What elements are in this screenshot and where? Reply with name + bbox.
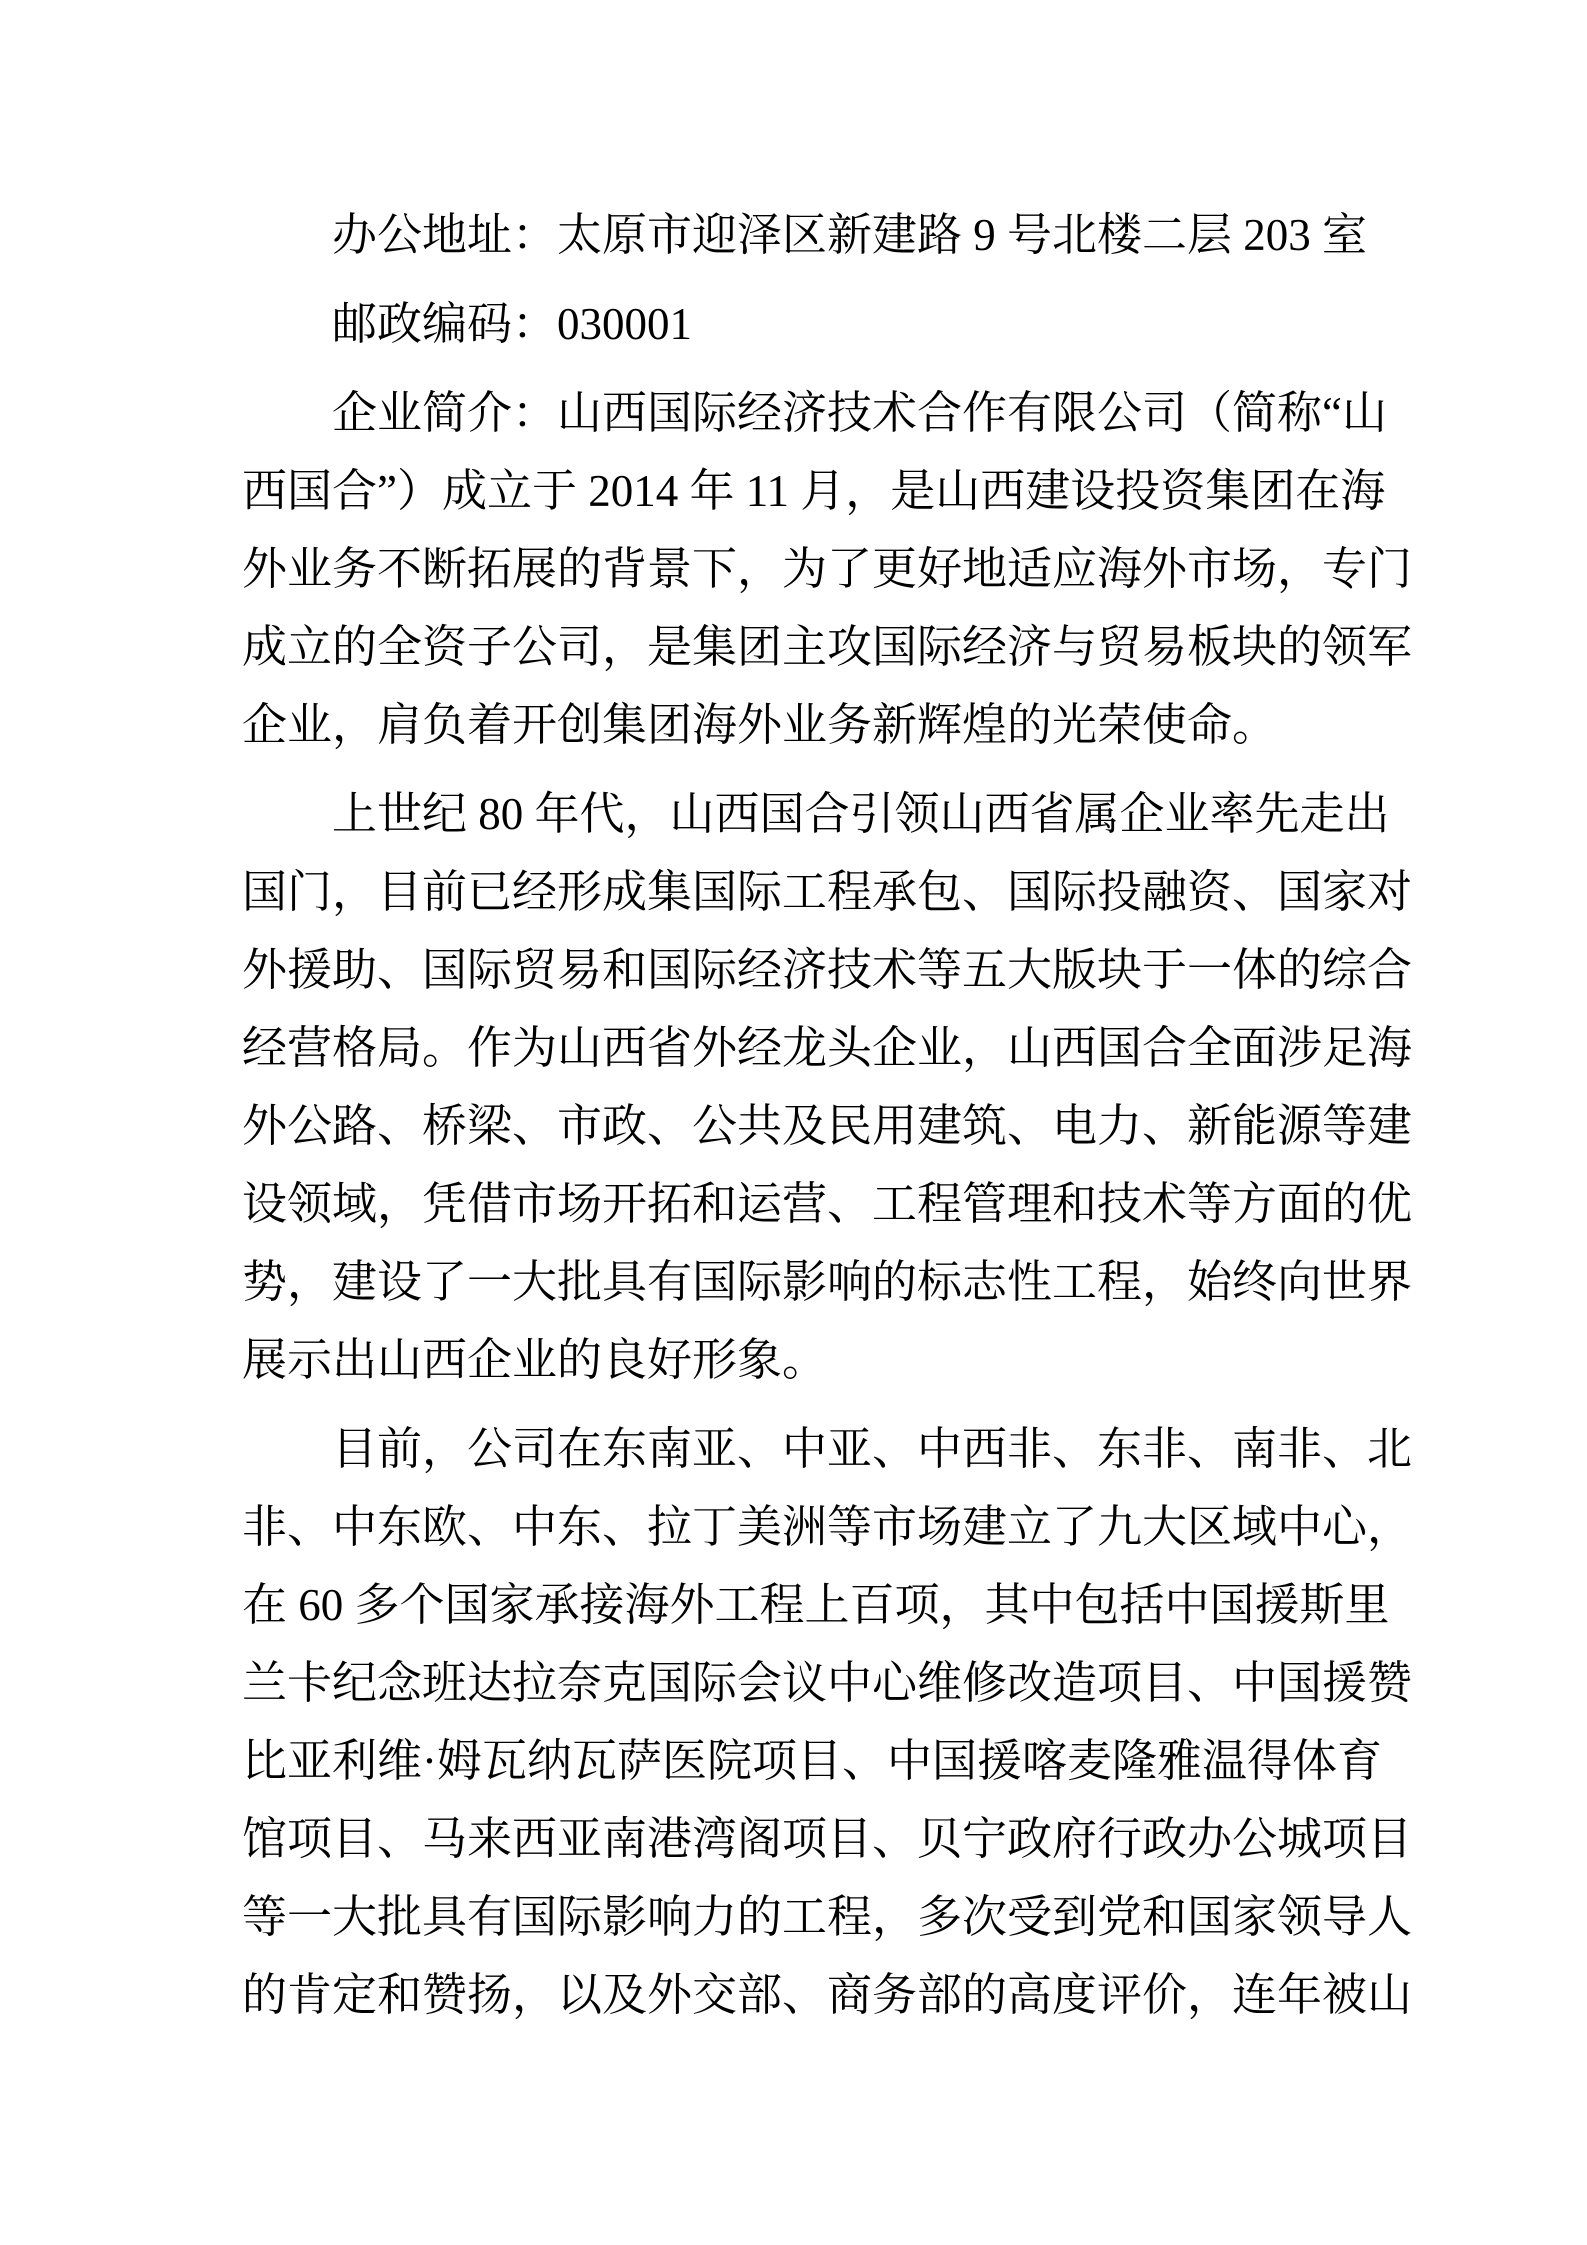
text-line: 比亚利维·姆瓦纳瓦萨医院项目、中国援喀麦隆雅温得体育 xyxy=(242,1722,1350,1800)
paragraph-history: 上世纪 80 年代，山西国合引领山西省属企业率先走出国门，目前已经形成集国际工程… xyxy=(242,775,1350,1399)
text-line: 经营格局。作为山西省外经龙头企业，山西国合全面涉足海 xyxy=(242,1009,1350,1087)
text-line: 外援助、国际贸易和国际经济技术等五大版块于一体的综合 xyxy=(242,931,1350,1009)
text-line: 企业，肩负着开创集团海外业务新辉煌的光荣使命。 xyxy=(242,686,1350,764)
text-line: 在 60 多个国家承接海外工程上百项，其中包括中国援斯里 xyxy=(242,1566,1350,1644)
text-line: 目前，公司在东南亚、中亚、中西非、东非、南非、北 xyxy=(242,1410,1350,1488)
text-line: 西国合”）成立于 2014 年 11 月，是山西建设投资集团在海 xyxy=(242,452,1350,530)
text-line: 外公路、桥梁、市政、公共及民用建筑、电力、新能源等建 xyxy=(242,1087,1350,1165)
text-line: 外业务不断拓展的背景下，为了更好地适应海外市场，专门 xyxy=(242,530,1350,608)
text-line: 国门，目前已经形成集国际工程承包、国际投融资、国家对 xyxy=(242,853,1350,931)
text-line: 兰卡纪念班达拉奈克国际会议中心维修改造项目、中国援赞 xyxy=(242,1644,1350,1722)
text-line: 馆项目、马来西亚南港湾阁项目、贝宁政府行政办公城项目 xyxy=(242,1800,1350,1878)
text-line: 企业简介：山西国际经济技术合作有限公司（简称“山 xyxy=(242,374,1350,452)
document-page: 办公地址：太原市迎泽区新建路 9 号北楼二层 203 室邮政编码：030001企… xyxy=(0,0,1587,2245)
paragraph-office-address: 办公地址：太原市迎泽区新建路 9 号北楼二层 203 室 xyxy=(242,196,1350,274)
text-line: 成立的全资子公司，是集团主攻国际经济与贸易板块的领军 xyxy=(242,608,1350,686)
paragraph-company-profile: 企业简介：山西国际经济技术合作有限公司（简称“山西国合”）成立于 2014 年 … xyxy=(242,374,1350,764)
text-line: 邮政编码：030001 xyxy=(242,285,1350,363)
text-line: 的肯定和赞扬，以及外交部、商务部的高度评价，连年被山 xyxy=(242,1956,1350,2034)
paragraph-postal-code: 邮政编码：030001 xyxy=(242,285,1350,363)
text-line: 展示出山西企业的良好形象。 xyxy=(242,1321,1350,1399)
paragraph-current-markets: 目前，公司在东南亚、中亚、中西非、东非、南非、北非、中东欧、中东、拉丁美洲等市场… xyxy=(242,1410,1350,2034)
text-line: 设领域，凭借市场开拓和运营、工程管理和技术等方面的优 xyxy=(242,1165,1350,1243)
text-line: 等一大批具有国际影响力的工程，多次受到党和国家领导人 xyxy=(242,1878,1350,1956)
text-line: 非、中东欧、中东、拉丁美洲等市场建立了九大区域中心， xyxy=(242,1488,1350,1566)
document-body: 办公地址：太原市迎泽区新建路 9 号北楼二层 203 室邮政编码：030001企… xyxy=(242,196,1350,2034)
text-line: 上世纪 80 年代，山西国合引领山西省属企业率先走出 xyxy=(242,775,1350,853)
text-line: 办公地址：太原市迎泽区新建路 9 号北楼二层 203 室 xyxy=(242,196,1350,274)
text-line: 势，建设了一大批具有国际影响的标志性工程，始终向世界 xyxy=(242,1243,1350,1321)
